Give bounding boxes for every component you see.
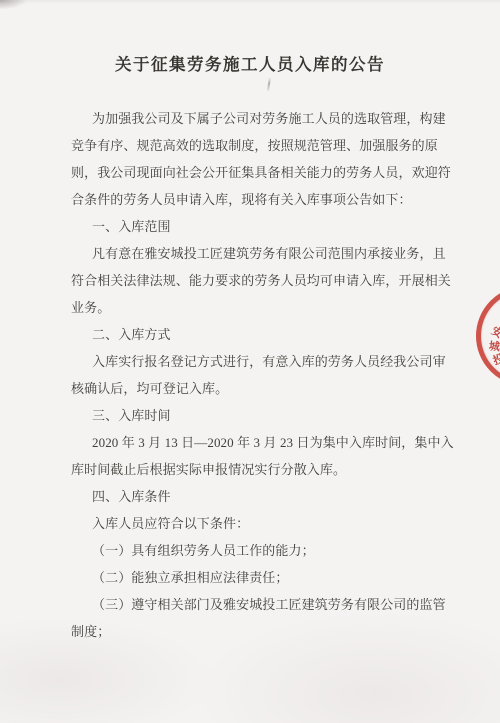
seal-character: 投 (490, 350, 500, 369)
text-line: 库时间截止后根据实际申报情况实行分散入库。 (71, 456, 433, 483)
text-line: 业务。 (71, 294, 433, 321)
text-line: 入库实行报名登记方式进行，有意入库的劳务人员经我公司审 (71, 348, 433, 375)
list-item-line: （三）遵守相关部门及雅安城投工匠建筑劳务有限公司的监管 (71, 591, 433, 618)
text-line: 竞争有序、规范高效的选取制度，按照规范管理、加强服务的原 (71, 132, 433, 159)
text-line: 2020 年 3 月 13 日—2020 年 3 月 23 日为集中入库时间，集… (71, 429, 433, 456)
list-item-line: （二）能独立承担相应法律责任； (71, 564, 433, 591)
text-line: 核确认后，均可登记入库。 (71, 375, 433, 402)
document-body: 为加强我公司及下属子公司对劳务施工人员的选取管理，构建 竞争有序、规范高效的选取… (71, 105, 433, 645)
scan-artifact-mark (267, 77, 271, 91)
text-line: 符合相关法律法规、能力要求的劳务人员均可申请入库，开展相关 (71, 267, 433, 294)
text-line: 合条件的劳务人员申请入库，现将有关入库事项公告如下： (71, 186, 433, 213)
company-seal-stamp: 雅 安 城 投 工 (476, 286, 500, 386)
section-heading: 二、入库方式 (71, 321, 433, 348)
list-item-line: （一）具有组织劳务人员工作的能力； (71, 537, 433, 564)
scan-smudge-top-left (0, 0, 26, 9)
text-line: 则，我公司现面向社会公开征集具备相关能力的劳务人员，欢迎符 (71, 159, 433, 186)
text-line: 入库人员应符合以下条件： (71, 510, 433, 537)
section-heading: 一、入库范围 (71, 213, 433, 240)
scanned-document-page: 关于征集劳务施工人员入库的公告 为加强我公司及下属子公司对劳务施工人员的选取管理… (0, 0, 500, 723)
text-line: 制度； (71, 618, 433, 645)
text-line: 为加强我公司及下属子公司对劳务施工人员的选取管理，构建 (71, 105, 433, 132)
section-heading: 三、入库时间 (71, 402, 433, 429)
document-title: 关于征集劳务施工人员入库的公告 (0, 51, 500, 75)
text-line: 凡有意在雅安城投工匠建筑劳务有限公司范围内承接业务，且 (71, 240, 433, 267)
section-heading: 四、入库条件 (71, 483, 433, 510)
